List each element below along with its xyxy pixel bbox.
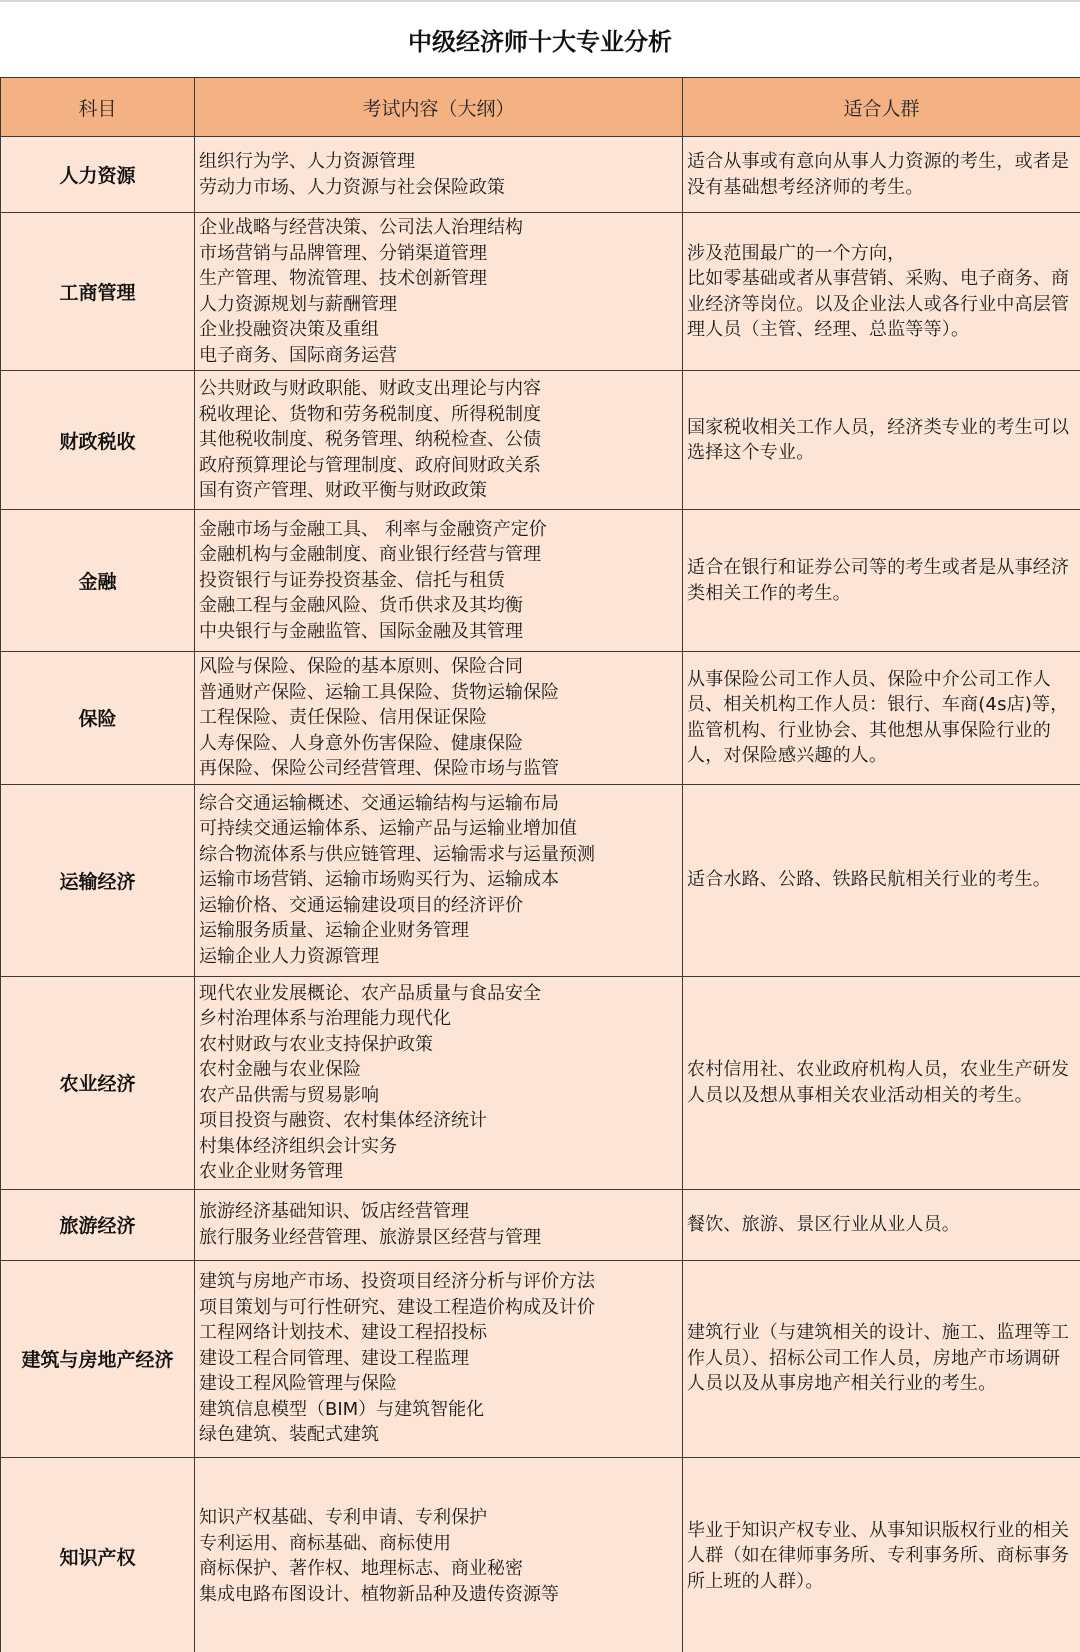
content-line: 工程保险、责任保险、信用保证保险 (199, 705, 678, 731)
content-line: 商标保护、著作权、地理标志、商业秘密 (199, 1556, 678, 1582)
audience-cell: 从事保险公司工作人员、保险中介公司工作人员、相关机构工作人员：银行、车商(4s店… (683, 652, 1080, 785)
content-line: 农业企业财务管理 (199, 1159, 678, 1185)
content-line: 金融市场与金融工具、 利率与金融资产定价 (199, 517, 678, 543)
content-line: 人寿保险、人身意外伤害保险、健康保险 (199, 731, 678, 757)
content-cell: 建筑与房地产市场、投资项目经济分析与评价方法项目策划与可行性研究、建设工程造价构… (195, 1260, 683, 1457)
audience-cell: 建筑行业（与建筑相关的设计、施工、监理等工作人员）、招标公司工作人员，房地产市场… (683, 1260, 1080, 1457)
table-row: 保险风险与保险、保险的基本原则、保险合同普通财产保险、运输工具保险、货物运输保险… (1, 652, 1080, 785)
content-line: 建筑与房地产市场、投资项目经济分析与评价方法 (199, 1269, 678, 1295)
content-line: 农村财政与农业支持保护政策 (199, 1032, 678, 1058)
content-line: 建设工程风险管理与保险 (199, 1371, 678, 1397)
subject-cell: 人力资源 (1, 137, 195, 213)
table-row: 农业经济现代农业发展概论、农产品质量与食品安全乡村治理体系与治理能力现代化农村财… (1, 976, 1080, 1189)
content-line: 企业战略与经营决策、公司法人治理结构 (199, 215, 678, 241)
content-cell: 综合交通运输概述、交通运输结构与运输布局可持续交通运输体系、运输产品与运输业增加… (195, 784, 683, 976)
content-line: 旅行服务业经营管理、旅游景区经营与管理 (199, 1225, 678, 1251)
content-line: 现代农业发展概论、农产品质量与食品安全 (199, 981, 678, 1007)
content-cell: 风险与保险、保险的基本原则、保险合同普通财产保险、运输工具保险、货物运输保险工程… (195, 652, 683, 785)
content-line: 集成电路布图设计、植物新品种及遗传资源等 (199, 1582, 678, 1608)
content-cell: 公共财政与财政职能、财政支出理论与内容税收理论、货物和劳务税制度、所得税制度其他… (195, 371, 683, 510)
content-line: 人力资源规划与薪酬管理 (199, 292, 678, 318)
subject-cell: 农业经济 (1, 976, 195, 1189)
content-line: 税收理论、货物和劳务税制度、所得税制度 (199, 402, 678, 428)
table-row: 人力资源组织行为学、人力资源管理劳动力市场、人力资源与社会保险政策适合从事或有意… (1, 137, 1080, 213)
content-line: 政府预算理论与管理制度、政府间财政关系 (199, 453, 678, 479)
content-line: 知识产权基础、专利申请、专利保护 (199, 1505, 678, 1531)
content-line: 劳动力市场、人力资源与社会保险政策 (199, 175, 678, 201)
majors-table: 科目 考试内容（大纲） 适合人群 人力资源组织行为学、人力资源管理劳动力市场、人… (0, 77, 1080, 1652)
content-line: 国有资产管理、财政平衡与财政政策 (199, 478, 678, 504)
content-cell: 企业战略与经营决策、公司法人治理结构市场营销与品牌管理、分销渠道管理生产管理、物… (195, 213, 683, 371)
content-line: 可持续交通运输体系、运输产品与运输业增加值 (199, 816, 678, 842)
content-line: 运输价格、交通运输建设项目的经济评价 (199, 893, 678, 919)
content-line: 项目策划与可行性研究、建设工程造价构成及计价 (199, 1295, 678, 1321)
content-line: 风险与保险、保险的基本原则、保险合同 (199, 654, 678, 680)
audience-cell: 毕业于知识产权专业、从事知识版权行业的相关人群（如在律师事务所、专利事务所、商标… (683, 1457, 1080, 1652)
content-line: 建设工程合同管理、建设工程监理 (199, 1346, 678, 1372)
content-line: 组织行为学、人力资源管理 (199, 149, 678, 175)
content-cell: 金融市场与金融工具、 利率与金融资产定价金融机构与金融制度、商业银行经营与管理投… (195, 510, 683, 652)
content-line: 市场营销与品牌管理、分销渠道管理 (199, 241, 678, 267)
content-line: 综合交通运输概述、交通运输结构与运输布局 (199, 791, 678, 817)
subject-cell: 建筑与房地产经济 (1, 1260, 195, 1457)
table-row: 运输经济综合交通运输概述、交通运输结构与运输布局可持续交通运输体系、运输产品与运… (1, 784, 1080, 976)
subject-cell: 知识产权 (1, 1457, 195, 1652)
subject-cell: 工商管理 (1, 213, 195, 371)
content-line: 建筑信息模型（BIM）与建筑智能化 (199, 1397, 678, 1423)
content-cell: 现代农业发展概论、农产品质量与食品安全乡村治理体系与治理能力现代化农村财政与农业… (195, 976, 683, 1189)
content-line: 专利运用、商标基础、商标使用 (199, 1531, 678, 1557)
table-row: 旅游经济旅游经济基础知识、饭店经营管理旅行服务业经营管理、旅游景区经营与管理餐饮… (1, 1189, 1080, 1260)
table-row: 财政税收公共财政与财政职能、财政支出理论与内容税收理论、货物和劳务税制度、所得税… (1, 371, 1080, 510)
content-line: 金融工程与金融风险、货币供求及其均衡 (199, 593, 678, 619)
content-line: 普通财产保险、运输工具保险、货物运输保险 (199, 680, 678, 706)
table-row: 知识产权知识产权基础、专利申请、专利保护专利运用、商标基础、商标使用商标保护、著… (1, 1457, 1080, 1652)
content-line: 中央银行与金融监管、国际金融及其管理 (199, 619, 678, 645)
audience-cell: 餐饮、旅游、景区行业从业人员。 (683, 1189, 1080, 1260)
audience-cell: 涉及范围最广的一个方向， 比如零基础或者从事营销、采购、电子商务、商业经济等岗位… (683, 213, 1080, 371)
content-line: 运输服务质量、运输企业财务管理 (199, 918, 678, 944)
subject-cell: 财政税收 (1, 371, 195, 510)
subject-cell: 保险 (1, 652, 195, 785)
content-line: 生产管理、物流管理、技术创新管理 (199, 266, 678, 292)
subject-cell: 运输经济 (1, 784, 195, 976)
content-cell: 组织行为学、人力资源管理劳动力市场、人力资源与社会保险政策 (195, 137, 683, 213)
subject-cell: 旅游经济 (1, 1189, 195, 1260)
content-line: 电子商务、国际商务运营 (199, 343, 678, 369)
content-line: 再保险、保险公司经营管理、保险市场与监管 (199, 756, 678, 782)
content-line: 其他税收制度、税务管理、纳税检查、公债 (199, 427, 678, 453)
content-line: 旅游经济基础知识、饭店经营管理 (199, 1199, 678, 1225)
subject-cell: 金融 (1, 510, 195, 652)
content-line: 绿色建筑、装配式建筑 (199, 1422, 678, 1448)
header-audience: 适合人群 (683, 78, 1080, 137)
audience-cell: 农村信用社、农业政府机构人员，农业生产研发人员以及想从事相关农业活动相关的考生。 (683, 976, 1080, 1189)
table-header-row: 科目 考试内容（大纲） 适合人群 (1, 78, 1080, 137)
audience-cell: 适合水路、公路、铁路民航相关行业的考生。 (683, 784, 1080, 976)
content-line: 运输市场营销、运输市场购买行为、运输成本 (199, 867, 678, 893)
content-line: 工程网络计划技术、建设工程招投标 (199, 1320, 678, 1346)
content-line: 项目投资与融资、农村集体经济统计 (199, 1108, 678, 1134)
content-cell: 知识产权基础、专利申请、专利保护专利运用、商标基础、商标使用商标保护、著作权、地… (195, 1457, 683, 1652)
content-cell: 旅游经济基础知识、饭店经营管理旅行服务业经营管理、旅游景区经营与管理 (195, 1189, 683, 1260)
audience-cell: 国家税收相关工作人员，经济类专业的考生可以选择这个专业。 (683, 371, 1080, 510)
content-line: 村集体经济组织会计实务 (199, 1134, 678, 1160)
table-row: 金融金融市场与金融工具、 利率与金融资产定价金融机构与金融制度、商业银行经营与管… (1, 510, 1080, 652)
header-content: 考试内容（大纲） (195, 78, 683, 137)
content-line: 农产品供需与贸易影响 (199, 1083, 678, 1109)
content-line: 金融机构与金融制度、商业银行经营与管理 (199, 542, 678, 568)
content-line: 公共财政与财政职能、财政支出理论与内容 (199, 376, 678, 402)
header-subject: 科目 (1, 78, 195, 137)
content-line: 投资银行与证券投资基金、信托与租赁 (199, 568, 678, 594)
content-line: 综合物流体系与供应链管理、运输需求与运量预测 (199, 842, 678, 868)
content-line: 企业投融资决策及重组 (199, 317, 678, 343)
content-line: 农村金融与农业保险 (199, 1057, 678, 1083)
table-row: 建筑与房地产经济建筑与房地产市场、投资项目经济分析与评价方法项目策划与可行性研究… (1, 1260, 1080, 1457)
content-line: 运输企业人力资源管理 (199, 944, 678, 970)
audience-cell: 适合从事或有意向从事人力资源的考生，或者是没有基础想考经济师的考生。 (683, 137, 1080, 213)
table-row: 工商管理企业战略与经营决策、公司法人治理结构市场营销与品牌管理、分销渠道管理生产… (1, 213, 1080, 371)
page-title: 中级经济师十大专业分析 (0, 0, 1080, 77)
audience-cell: 适合在银行和证券公司等的考生或者是从事经济类相关工作的考生。 (683, 510, 1080, 652)
content-line: 乡村治理体系与治理能力现代化 (199, 1006, 678, 1032)
